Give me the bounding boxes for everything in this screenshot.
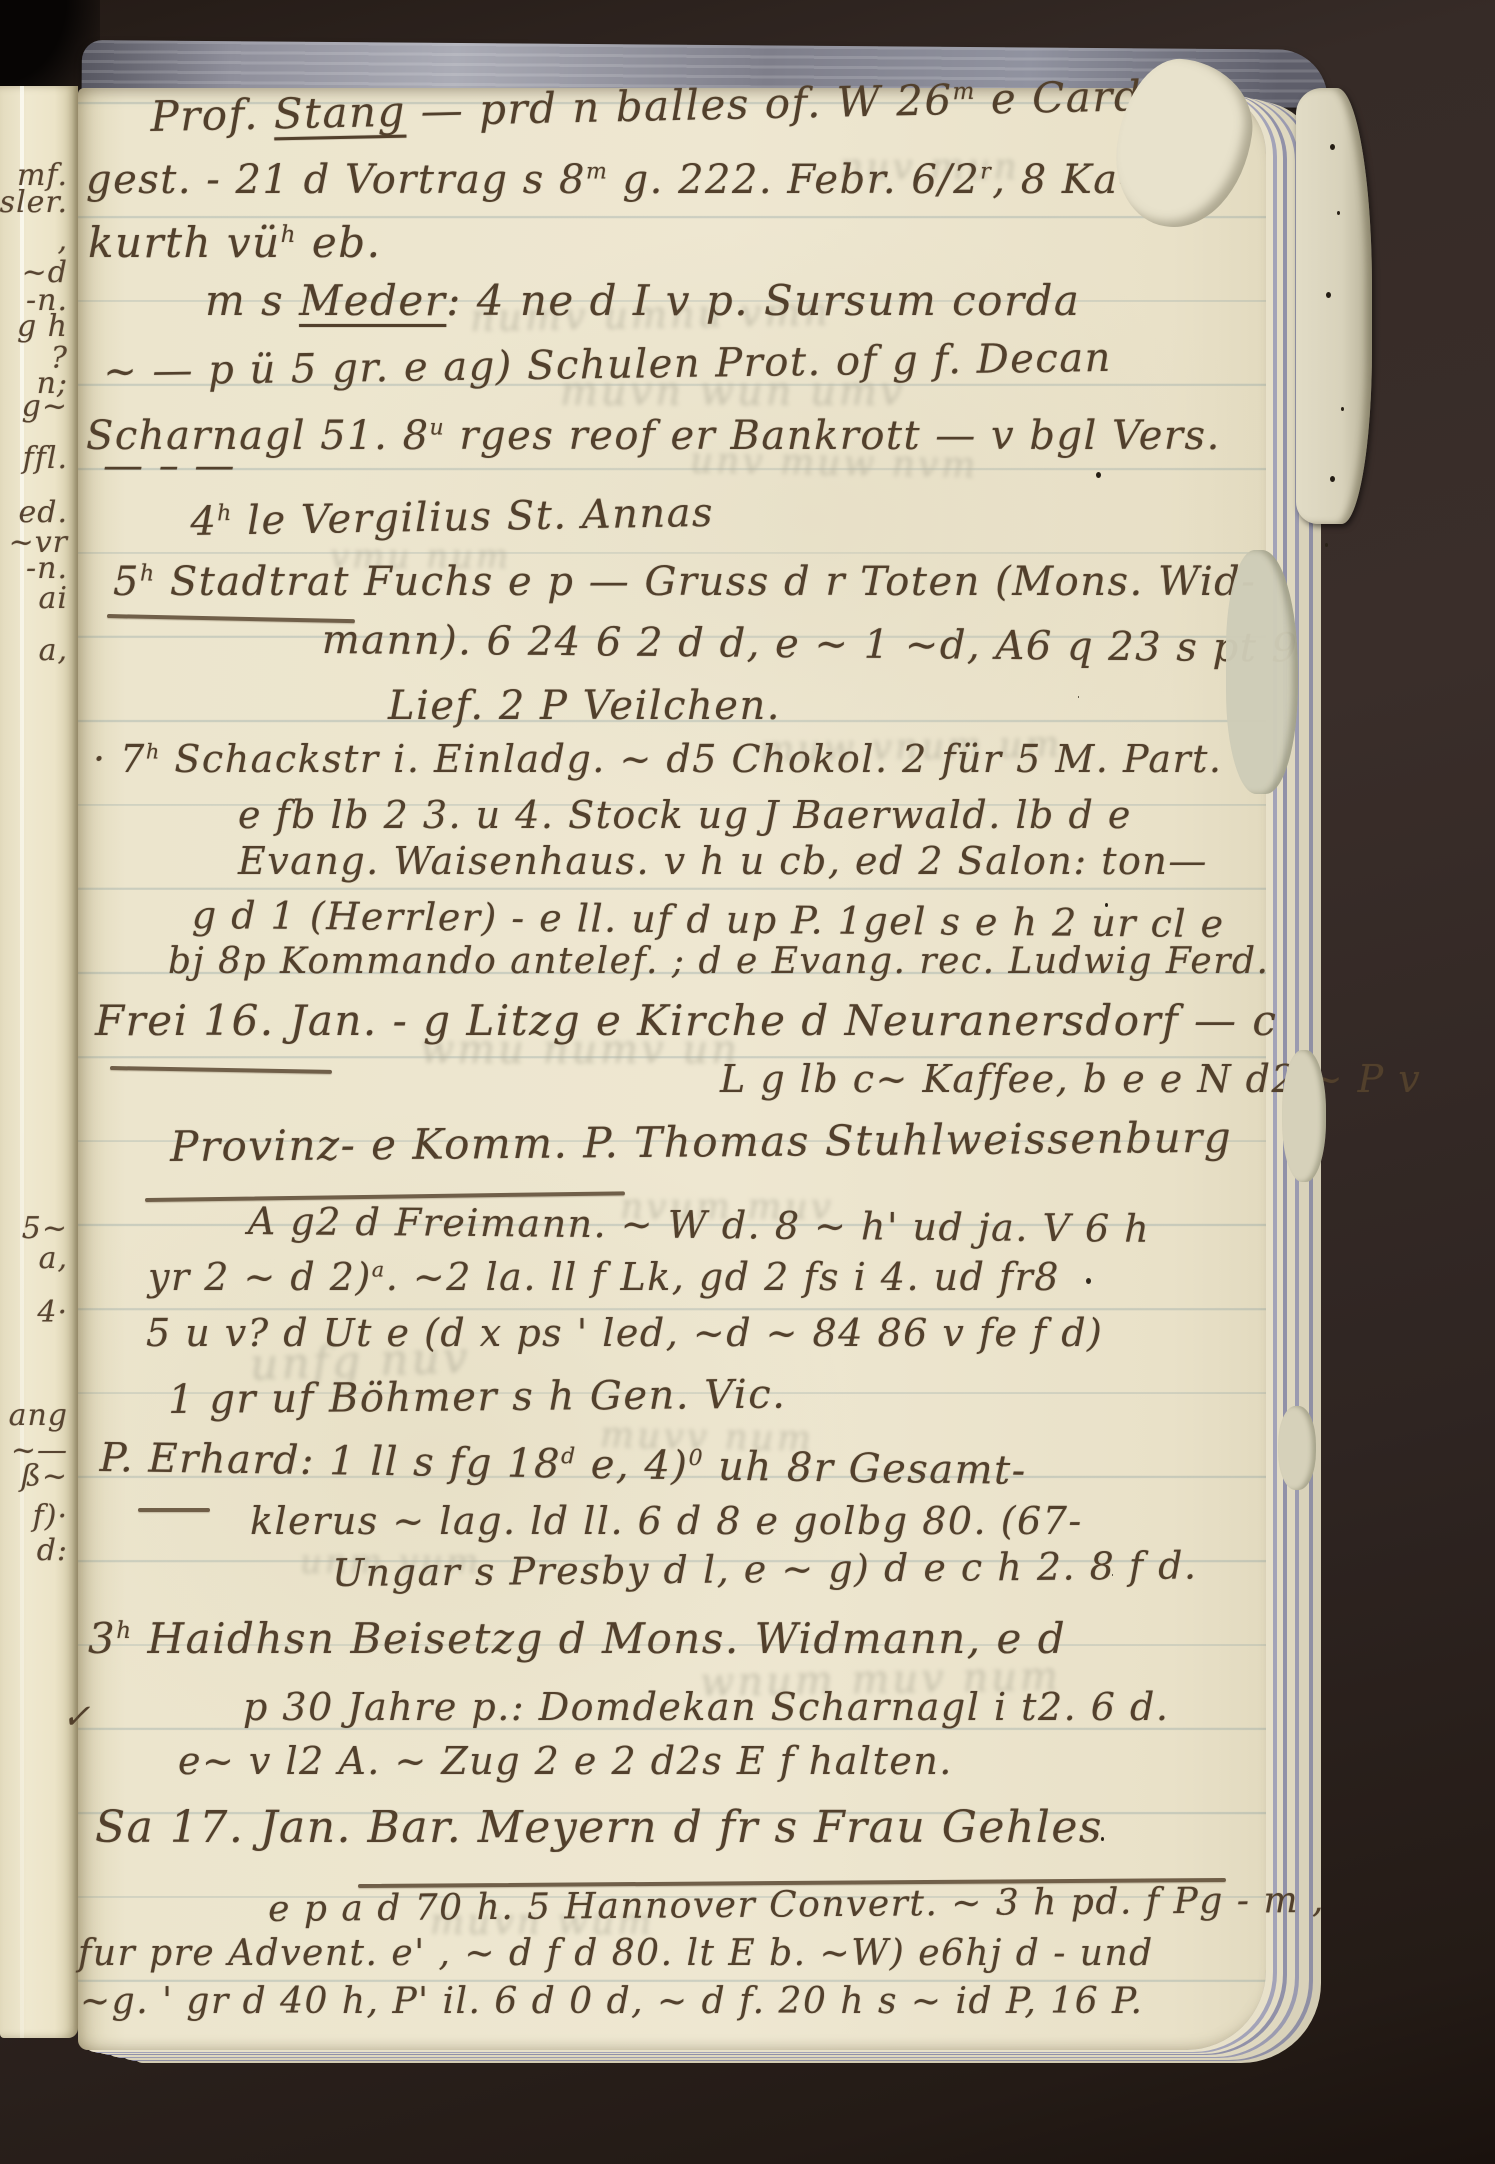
torn-paper-fragment	[1282, 1050, 1326, 1182]
adjacent-page-text-fragment: g~	[22, 392, 68, 422]
adjacent-page-text-fragment: ed.	[19, 498, 69, 528]
adjacent-page-sliver: mf.sler.,~d-n.g h?n;g~ffl.ed.~vr-n.aia,5…	[0, 86, 78, 2038]
adjacent-page-text-fragment: ß~	[21, 1462, 68, 1492]
adjacent-page-text-fragment: ai	[39, 584, 68, 614]
adjacent-page-text-fragment: -n.	[26, 554, 68, 584]
adjacent-page-text-fragment: ,	[57, 226, 68, 256]
adjacent-page-text-fragment: g h	[17, 312, 68, 342]
adjacent-page-text-fragment: 5~	[22, 1214, 68, 1244]
adjacent-page-text-fragment: ffl.	[23, 444, 68, 474]
torn-paper-fragment	[1226, 550, 1298, 794]
diary-page	[78, 88, 1266, 2050]
adjacent-page-text-fragment: d:	[37, 1536, 68, 1566]
adjacent-page-text-fragment: sler.	[0, 188, 68, 218]
ink-specks	[1096, 472, 1101, 478]
adjacent-page-text-fragment: 4·	[37, 1298, 68, 1328]
notebook-photo: mf.sler.,~d-n.g h?n;g~ffl.ed.~vr-n.aia,5…	[0, 0, 1495, 2164]
torn-paper-fragment	[1296, 88, 1372, 524]
paper-specks	[1330, 144, 1335, 150]
adjacent-page-text-fragment: a,	[39, 636, 68, 666]
torn-paper-fragment	[1278, 1406, 1316, 1490]
adjacent-page-text-fragment: a,	[39, 1244, 68, 1274]
margin-checkmark: ✓	[62, 1700, 91, 1734]
adjacent-page-text-fragment: f)·	[33, 1502, 68, 1532]
adjacent-page-text-fragment: ang	[9, 1401, 68, 1431]
